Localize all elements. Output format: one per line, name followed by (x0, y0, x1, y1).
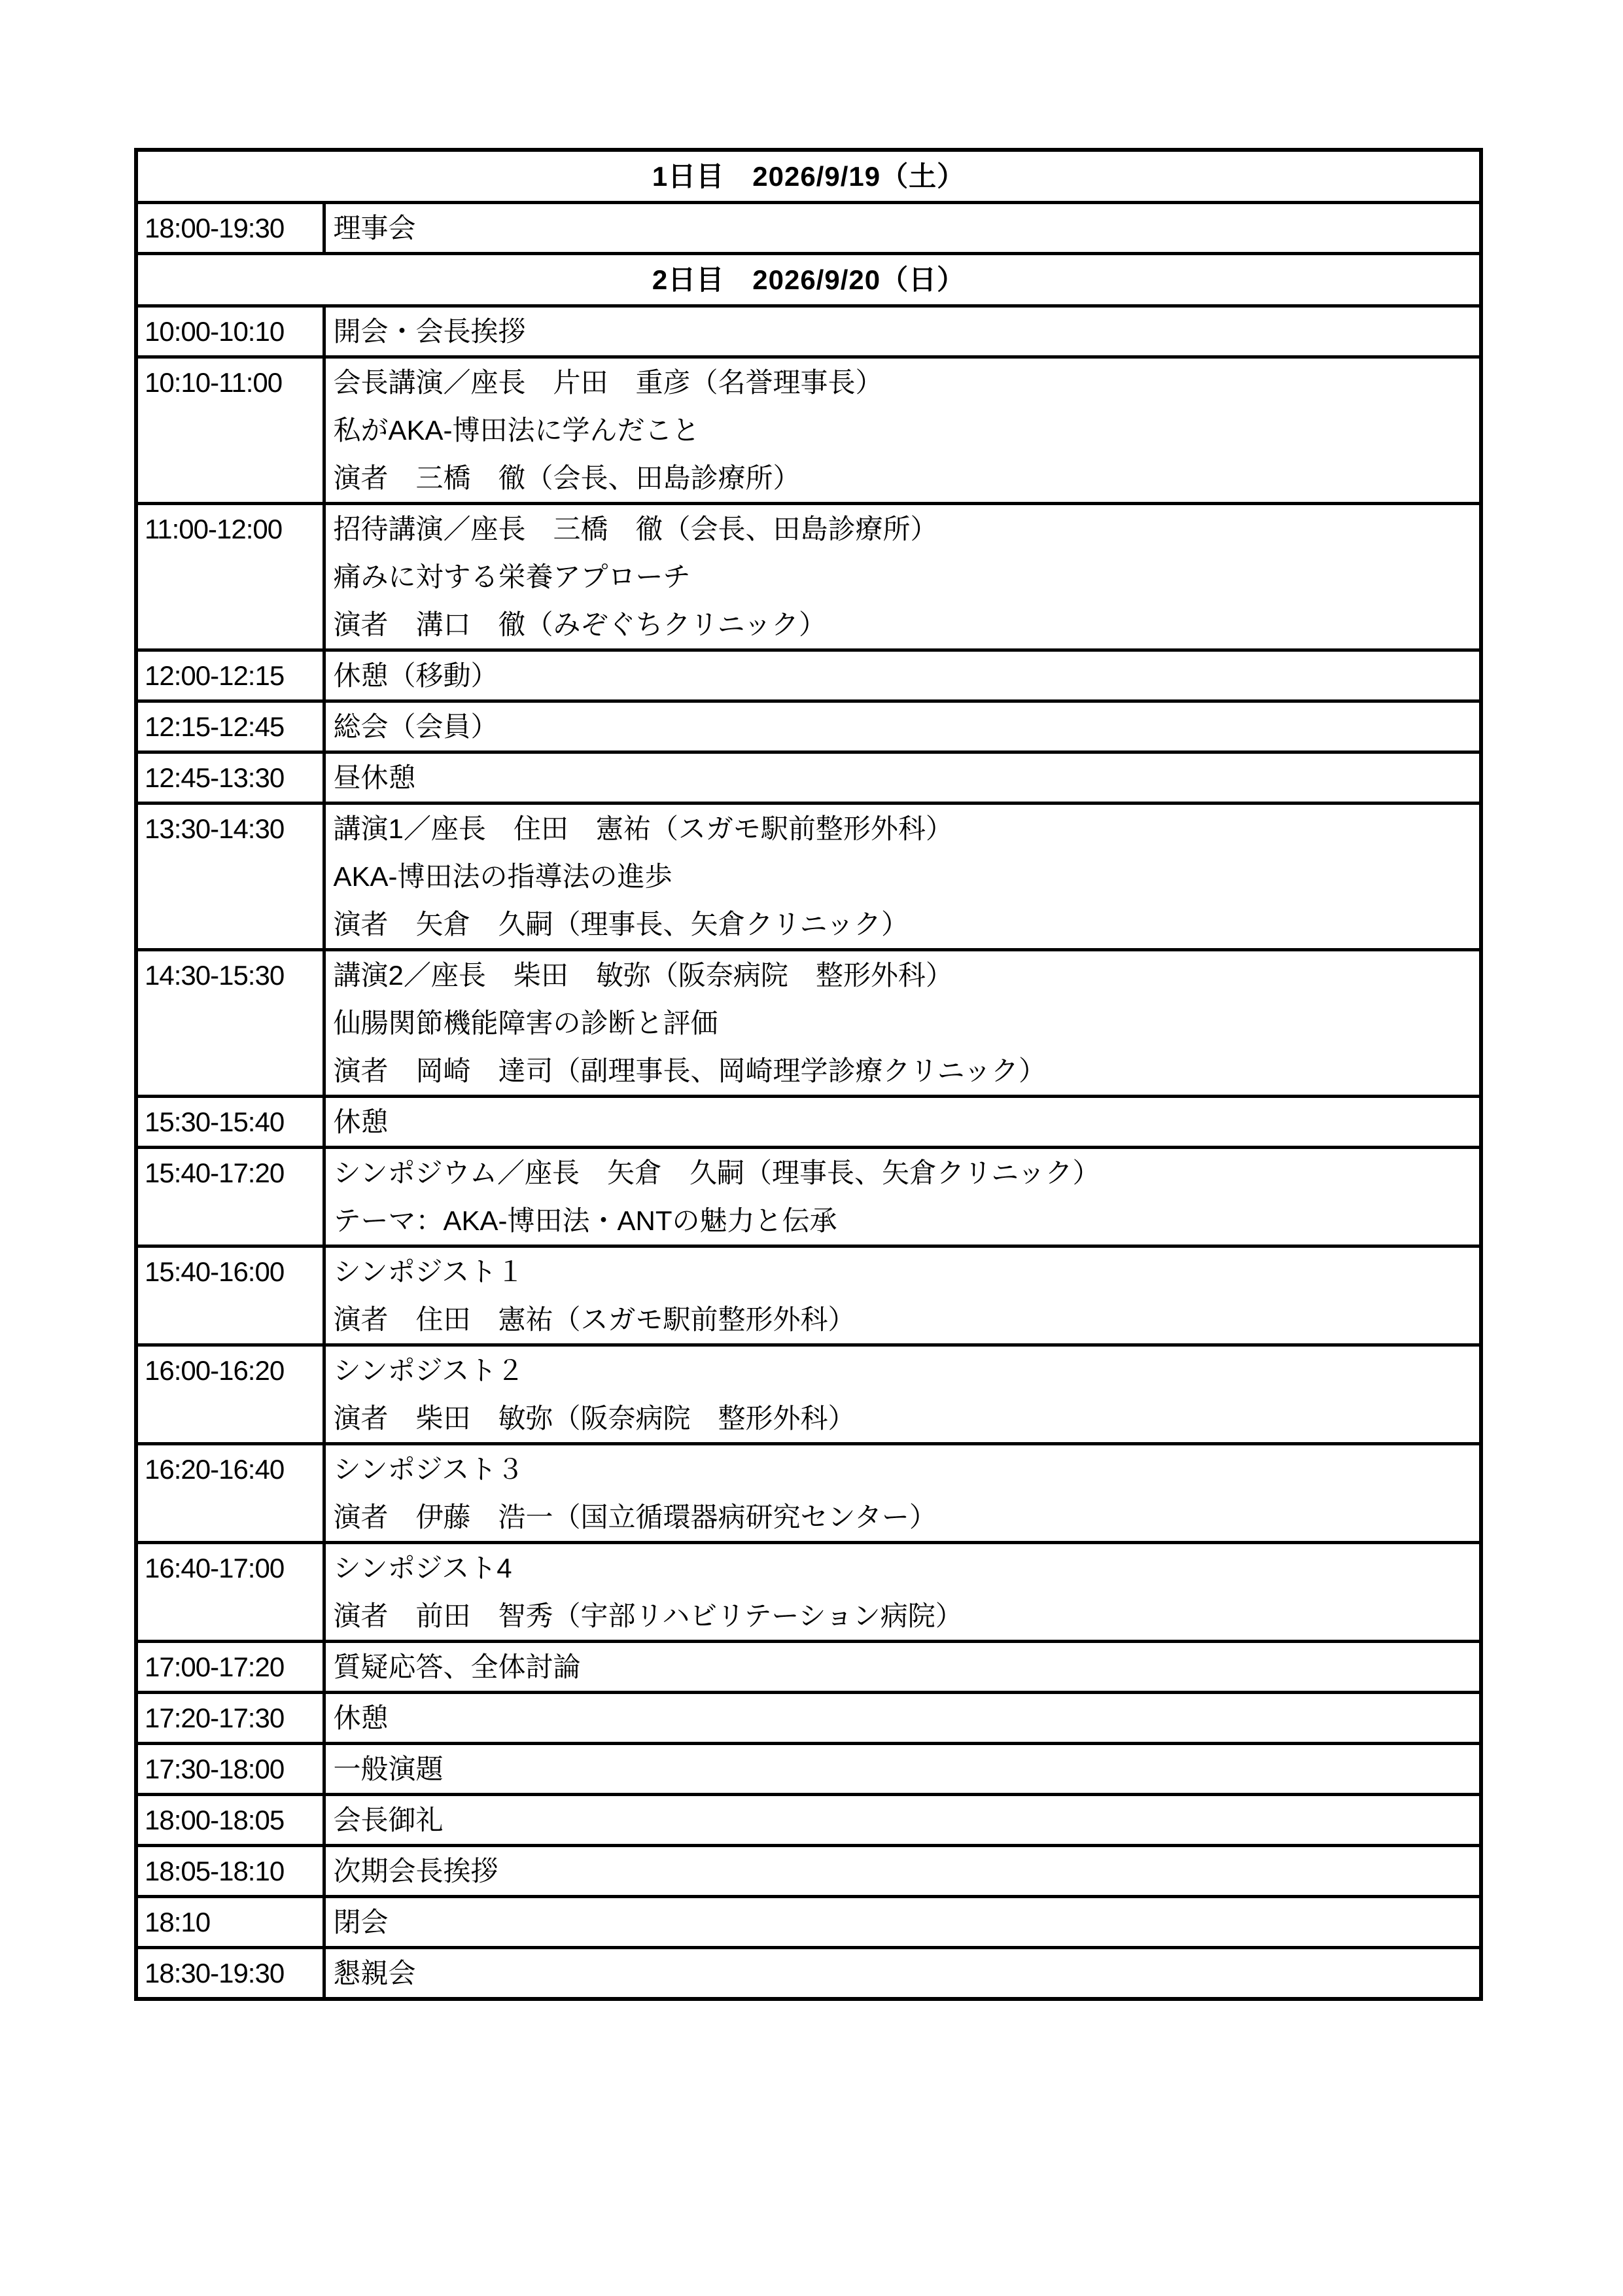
schedule-row: 16:20-16:40シンポジスト３演者 伊藤 浩一（国立循環器病研究センター） (136, 1444, 1481, 1543)
event-line: 私がAKA-博田法に学んだこと (334, 406, 1472, 454)
event-line: シンポジスト３ (334, 1445, 1472, 1493)
event-line: 昼休憩 (334, 754, 1472, 802)
event-line: 一般演題 (334, 1745, 1472, 1793)
event-line: 演者 柴田 敏弥（阪奈病院 整形外科） (334, 1394, 1472, 1442)
schedule-row: 16:40-17:00シンポジスト4演者 前田 智秀（宇部リハビリテーション病院… (136, 1543, 1481, 1642)
event-line: 演者 前田 智秀（宇部リハビリテーション病院） (334, 1592, 1472, 1640)
event-cell: 招待講演／座長 三橋 徹（会長、田島診療所）痛みに対する栄養アプローチ演者 溝口… (324, 504, 1481, 650)
event-line: 演者 伊藤 浩一（国立循環器病研究センター） (334, 1493, 1472, 1541)
time-cell: 17:30-18:00 (136, 1744, 324, 1795)
event-line: 会長御礼 (334, 1796, 1472, 1844)
schedule-row: 14:30-15:30講演2／座長 柴田 敏弥（阪奈病院 整形外科）仙腸関節機能… (136, 950, 1481, 1097)
event-line: シンポジスト4 (334, 1544, 1472, 1592)
event-line: 痛みに対する栄養アプローチ (334, 553, 1472, 601)
time-cell: 10:10-11:00 (136, 357, 324, 504)
time-cell: 11:00-12:00 (136, 504, 324, 650)
event-cell: 次期会長挨拶 (324, 1846, 1481, 1897)
event-cell: 理事会 (324, 203, 1481, 254)
time-cell: 16:40-17:00 (136, 1543, 324, 1642)
event-cell: シンポジスト１演者 住田 憲祐（スガモ駅前整形外科） (324, 1246, 1481, 1345)
day-header-row: 1日目 2026/9/19（土） (136, 150, 1481, 203)
time-cell: 13:30-14:30 (136, 804, 324, 950)
time-cell: 16:00-16:20 (136, 1345, 324, 1444)
event-cell: 質疑応答、全体討論 (324, 1642, 1481, 1693)
page: { "page": { "background_color": "#ffffff… (0, 0, 1623, 2296)
event-cell: 会長講演／座長 片田 重彦（名誉理事長）私がAKA-博田法に学んだこと演者 三橋… (324, 357, 1481, 504)
event-cell: 休憩（移動） (324, 650, 1481, 701)
day-header-row: 2日目 2026/9/20（日） (136, 254, 1481, 306)
event-line: 演者 三橋 徹（会長、田島診療所） (334, 454, 1472, 502)
event-cell: シンポジスト4演者 前田 智秀（宇部リハビリテーション病院） (324, 1543, 1481, 1642)
event-cell: 会長御礼 (324, 1795, 1481, 1846)
event-line: シンポジスト１ (334, 1248, 1472, 1296)
event-line: 会長講演／座長 片田 重彦（名誉理事長） (334, 359, 1472, 406)
event-line: シンポジスト２ (334, 1347, 1472, 1394)
event-cell: 懇親会 (324, 1948, 1481, 2000)
event-cell: 休憩 (324, 1097, 1481, 1148)
schedule-row: 18:00-18:05会長御礼 (136, 1795, 1481, 1846)
event-line: 講演1／座長 住田 憲祐（スガモ駅前整形外科） (334, 805, 1472, 853)
event-line: 講演2／座長 柴田 敏弥（阪奈病院 整形外科） (334, 951, 1472, 999)
schedule-row: 10:00-10:10開会・会長挨拶 (136, 306, 1481, 357)
event-line: シンポジウム／座長 矢倉 久嗣（理事長、矢倉クリニック） (334, 1149, 1472, 1197)
event-line: 仙腸関節機能障害の診断と評価 (334, 999, 1472, 1047)
event-line: AKA-博田法の指導法の進歩 (334, 853, 1472, 900)
schedule-row: 13:30-14:30講演1／座長 住田 憲祐（スガモ駅前整形外科）AKA-博田… (136, 804, 1481, 950)
day-header: 2日目 2026/9/20（日） (136, 254, 1481, 306)
event-cell: 休憩 (324, 1693, 1481, 1744)
event-line: 演者 溝口 徹（みぞぐちクリニック） (334, 601, 1472, 648)
time-cell: 17:00-17:20 (136, 1642, 324, 1693)
schedule-row: 18:30-19:30懇親会 (136, 1948, 1481, 2000)
time-cell: 14:30-15:30 (136, 950, 324, 1097)
time-cell: 17:20-17:30 (136, 1693, 324, 1744)
time-cell: 12:15-12:45 (136, 701, 324, 752)
event-line: 次期会長挨拶 (334, 1847, 1472, 1895)
schedule-row: 15:30-15:40休憩 (136, 1097, 1481, 1148)
event-line: 休憩 (334, 1098, 1472, 1146)
schedule-row: 18:05-18:10次期会長挨拶 (136, 1846, 1481, 1897)
event-cell: 昼休憩 (324, 752, 1481, 804)
event-line: 開会・会長挨拶 (334, 308, 1472, 355)
event-line: 閉会 (334, 1898, 1472, 1946)
time-cell: 12:00-12:15 (136, 650, 324, 701)
event-line: 演者 矢倉 久嗣（理事長、矢倉クリニック） (334, 900, 1472, 948)
event-line: 質疑応答、全体討論 (334, 1643, 1472, 1691)
event-line: 休憩（移動） (334, 652, 1472, 699)
event-line: 懇親会 (334, 1949, 1472, 1997)
schedule-row: 18:00-19:30理事会 (136, 203, 1481, 254)
time-cell: 16:20-16:40 (136, 1444, 324, 1543)
schedule-row: 11:00-12:00招待講演／座長 三橋 徹（会長、田島診療所）痛みに対する栄… (136, 504, 1481, 650)
schedule-row: 17:30-18:00一般演題 (136, 1744, 1481, 1795)
time-cell: 12:45-13:30 (136, 752, 324, 804)
event-line: 演者 住田 憲祐（スガモ駅前整形外科） (334, 1296, 1472, 1343)
event-cell: シンポジウム／座長 矢倉 久嗣（理事長、矢倉クリニック）テーマ：AKA-博田法・… (324, 1148, 1481, 1246)
schedule-body: 1日目 2026/9/19（土）18:00-19:30理事会2日目 2026/9… (136, 150, 1481, 1999)
schedule-row: 18:10閉会 (136, 1897, 1481, 1948)
event-cell: 開会・会長挨拶 (324, 306, 1481, 357)
schedule-row: 17:20-17:30休憩 (136, 1693, 1481, 1744)
day-header: 1日目 2026/9/19（土） (136, 150, 1481, 203)
schedule-row: 12:00-12:15休憩（移動） (136, 650, 1481, 701)
schedule-row: 17:00-17:20質疑応答、全体討論 (136, 1642, 1481, 1693)
time-cell: 18:00-18:05 (136, 1795, 324, 1846)
time-cell: 18:00-19:30 (136, 203, 324, 254)
schedule-row: 16:00-16:20シンポジスト２演者 柴田 敏弥（阪奈病院 整形外科） (136, 1345, 1481, 1444)
event-line: 演者 岡崎 達司（副理事長、岡崎理学診療クリニック） (334, 1047, 1472, 1095)
time-cell: 15:40-16:00 (136, 1246, 324, 1345)
schedule-table: 1日目 2026/9/19（土）18:00-19:30理事会2日目 2026/9… (134, 148, 1483, 2001)
time-cell: 10:00-10:10 (136, 306, 324, 357)
schedule-row: 15:40-16:00シンポジスト１演者 住田 憲祐（スガモ駅前整形外科） (136, 1246, 1481, 1345)
event-cell: 総会（会員） (324, 701, 1481, 752)
schedule-row: 12:15-12:45総会（会員） (136, 701, 1481, 752)
schedule-row: 10:10-11:00会長講演／座長 片田 重彦（名誉理事長）私がAKA-博田法… (136, 357, 1481, 504)
event-line: 総会（会員） (334, 703, 1472, 751)
schedule-row: 12:45-13:30昼休憩 (136, 752, 1481, 804)
event-cell: 閉会 (324, 1897, 1481, 1948)
schedule-row: 15:40-17:20シンポジウム／座長 矢倉 久嗣（理事長、矢倉クリニック）テ… (136, 1148, 1481, 1246)
event-cell: 一般演題 (324, 1744, 1481, 1795)
event-line: 休憩 (334, 1694, 1472, 1742)
event-line: 理事会 (334, 204, 1472, 252)
event-cell: 講演1／座長 住田 憲祐（スガモ駅前整形外科）AKA-博田法の指導法の進歩演者 … (324, 804, 1481, 950)
time-cell: 18:10 (136, 1897, 324, 1948)
time-cell: 15:40-17:20 (136, 1148, 324, 1246)
event-cell: シンポジスト２演者 柴田 敏弥（阪奈病院 整形外科） (324, 1345, 1481, 1444)
time-cell: 18:05-18:10 (136, 1846, 324, 1897)
event-cell: シンポジスト３演者 伊藤 浩一（国立循環器病研究センター） (324, 1444, 1481, 1543)
event-line: テーマ：AKA-博田法・ANTの魅力と伝承 (334, 1197, 1472, 1245)
event-cell: 講演2／座長 柴田 敏弥（阪奈病院 整形外科）仙腸関節機能障害の診断と評価演者 … (324, 950, 1481, 1097)
event-line: 招待講演／座長 三橋 徹（会長、田島診療所） (334, 505, 1472, 553)
time-cell: 15:30-15:40 (136, 1097, 324, 1148)
time-cell: 18:30-19:30 (136, 1948, 324, 2000)
